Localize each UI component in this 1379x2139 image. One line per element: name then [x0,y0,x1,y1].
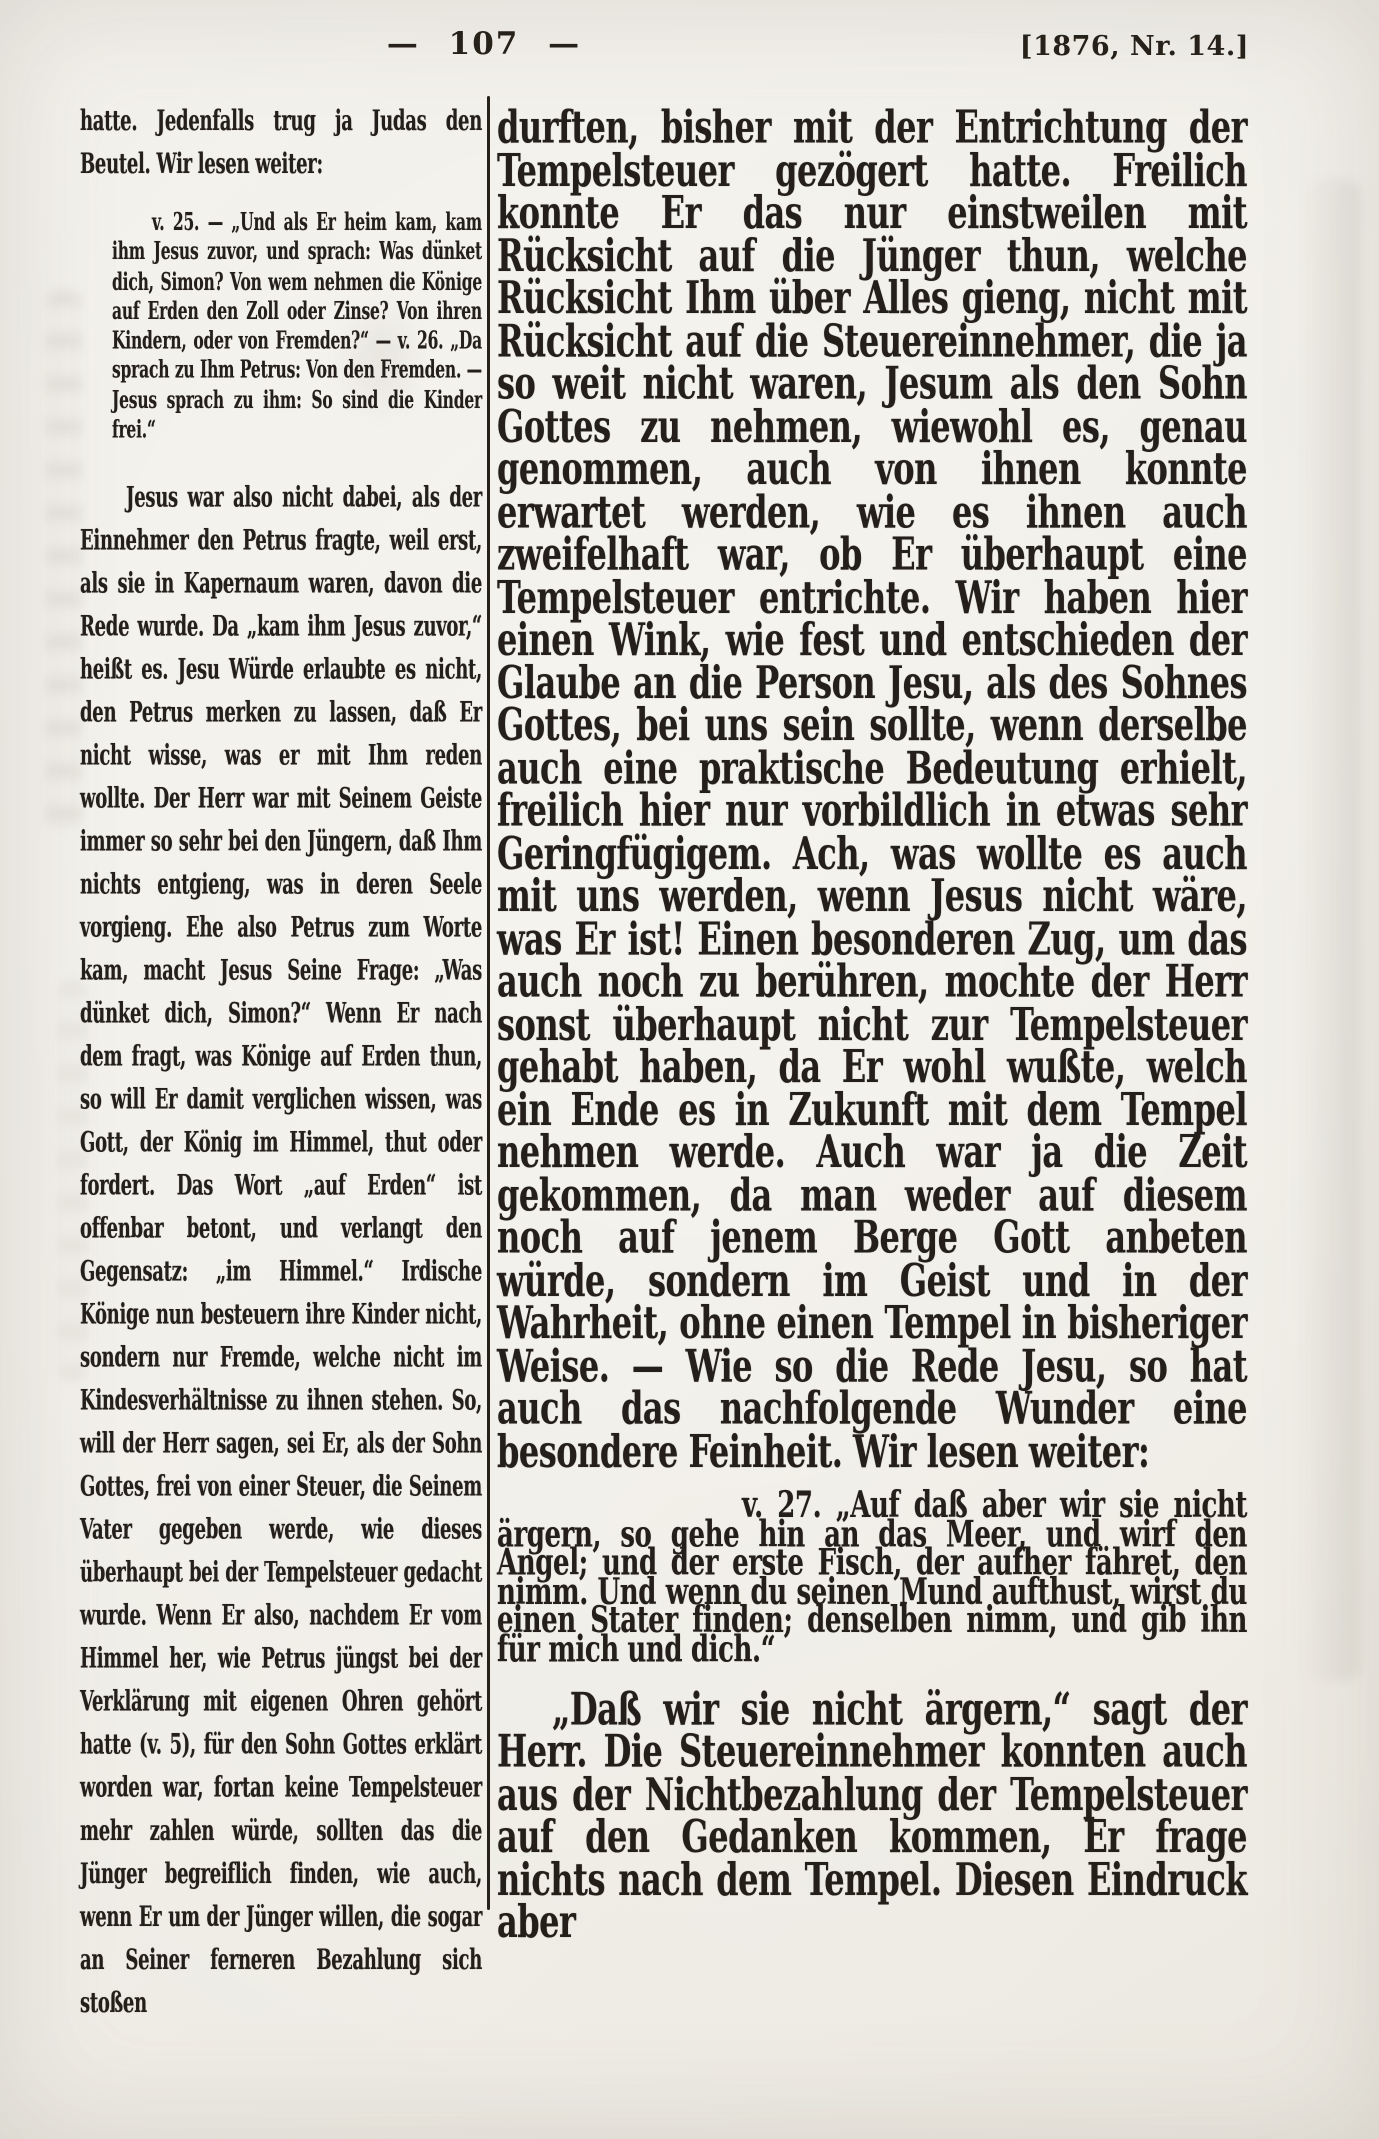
column-divider-rule [487,96,490,1910]
page-edge-shadow [1300,180,1360,1680]
right-column-text-block: durften, bisher mit der Entrichtung der … [497,106,1247,1944]
commentary-paragraph-left: Jesus war also nicht dabei, als der Einn… [80,478,482,2026]
left-column-text-block: hatte. Jedenfalls trug ja Judas den Beut… [80,101,482,2026]
scanned-page: — 107 — [1876, Nr. 14.] hatte. Jedenfall… [0,0,1379,2139]
verse-quote-v27: v. 27. „Auf daß aber wir sie nicht ärger… [497,1492,1247,1665]
left-column: hatte. Jedenfalls trug ja Judas den Beut… [80,96,482,1354]
paragraph-continuation-from-previous-page: hatte. Jedenfalls trug ja Judas den Beut… [80,101,482,187]
page-number: — 107 — [0,26,968,62]
verse-quote-v25-v26: v. 25. — „Und als Er heim kam, kam ihm J… [112,207,482,444]
issue-reference: [1876, Nr. 14.] [1020,31,1249,62]
closing-paragraph-right: „Daß wir sie nicht ärgern,“ sagt der Her… [497,1687,1247,1943]
commentary-paragraph-right-continuation: durften, bisher mit der Entrichtung der … [497,106,1247,1472]
bleed-through-mark [46,290,82,830]
right-column: durften, bisher mit der Entrichtung der … [497,96,1247,1419]
